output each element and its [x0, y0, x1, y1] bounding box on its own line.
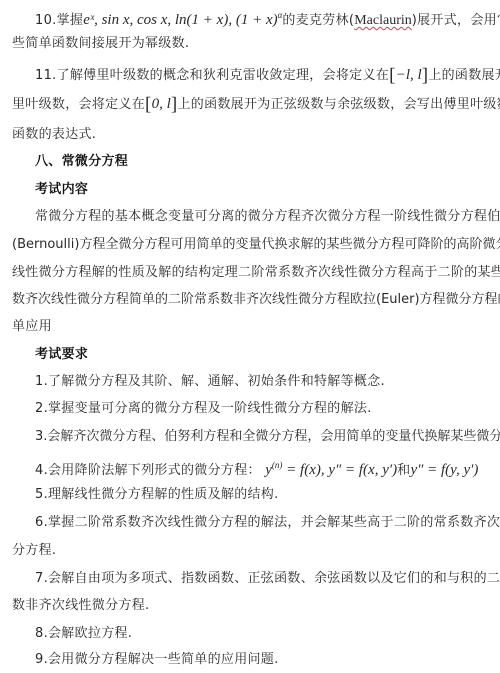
item-11-line-1: 11.了解傅里叶级数的概念和狄利克雷收敛定理，会将定义在[−l, l]上的函数展…: [35, 66, 500, 85]
requirement-8: 8.会解欧拉方程.: [35, 625, 132, 643]
conjunction: 和: [397, 463, 410, 478]
content-line-1: 常微分方程的基本概念变量可分离的微分方程齐次微分方程一阶线性微分方程伯努利: [35, 208, 500, 226]
requirement-4-prefix: 4.会用降阶法解下列形式的微分方程：: [35, 463, 261, 478]
item-10-line-2: 些简单函数间接展开为幂级数.: [12, 35, 189, 53]
math-y: y: [265, 462, 272, 478]
requirement-1: 1.了解微分方程及其阶、解、通解、初始条件和特解等概念.: [35, 373, 385, 391]
item-10-suffix: )展开式，会用它们将一: [412, 13, 500, 28]
maclaurin-spellcheck-word: Maclaurin: [354, 13, 412, 28]
item-10-mid: 的麦克劳林(: [282, 13, 354, 28]
item-11-line2-suffix: 上的函数展开为正弦级数与余弦级数，会写出傅里叶级数的和: [177, 97, 500, 112]
requirement-3: 3.会解齐次微分方程、伯努利方程和全微分方程，会用简单的变量代换解某些微分方程.: [35, 428, 500, 446]
content-line-4: 数齐次线性微分方程简单的二阶常系数非齐次线性微分方程欧拉(Euler)方程微分方…: [12, 291, 500, 309]
requirement-4: 4.会用降阶法解下列形式的微分方程： y(n) = f(x), y″ = f(x…: [35, 456, 478, 480]
interval-math: −l, l: [396, 67, 422, 83]
requirement-2: 2.掌握变量可分离的微分方程及一阶线性微分方程的解法.: [35, 400, 372, 418]
section-heading: 八、常微分方程: [35, 153, 128, 171]
math-expression: = f(x), y″ = f(x, y′): [282, 462, 397, 478]
requirement-6-line-2: 分方程.: [12, 542, 56, 560]
math-superscript: (n): [272, 460, 283, 470]
item-10-line-1: 10.掌握eˣ, sin x, cos x, ln(1 + x), (1 + x…: [35, 6, 500, 30]
requirement-7-line-2: 数非齐次线性微分方程.: [12, 597, 149, 615]
math-expression: eˣ, sin x, cos x, ln(1 + x), (1 + x): [83, 12, 277, 28]
requirement-5: 5.理解线性微分方程解的性质及解的结构.: [35, 486, 279, 504]
item-11-line2-prefix: 里叶级数，会将定义在: [12, 97, 145, 112]
requirement-7-line-1: 7.会解自由项为多项式、指数函数、正弦函数、余弦函数以及它们的和与积的二阶常系: [35, 570, 500, 588]
item-11-line-2: 里叶级数，会将定义在[0, l]上的函数展开为正弦级数与余弦级数，会写出傅里叶级…: [12, 95, 500, 114]
requirement-9: 9.会用微分方程解决一些简单的应用问题.: [35, 651, 279, 669]
math-expression: y″ = f(y, y′): [410, 462, 478, 478]
content-line-3: 线性微分方程解的性质及解的结构定理二阶常系数齐次线性微分方程高于二阶的某些常系: [12, 264, 500, 282]
item-11-prefix: 11.了解傅里叶级数的概念和狄利克雷收敛定理，会将定义在: [35, 68, 389, 83]
maclaurin-functions-math: eˣ, sin x, cos x, ln(1 + x), (1 + x)α: [83, 12, 282, 28]
reduction-order-math: y(n) = f(x), y″ = f(x, y′): [265, 462, 397, 478]
content-line-2: (Bernoulli)方程全微分方程可用简单的变量代换求解的某些微分方程可降阶的…: [12, 236, 500, 254]
content-heading: 考试内容: [35, 181, 88, 199]
content-line-5: 单应用: [12, 318, 52, 336]
bracket-open: [: [145, 94, 152, 115]
bracket-open: [: [389, 65, 396, 86]
interval-math: 0, l: [152, 96, 171, 112]
requirement-6-line-1: 6.掌握二阶常系数齐次线性微分方程的解法，并会解某些高于二阶的常系数齐次线性微: [35, 514, 500, 532]
item-10-prefix: 10.掌握: [35, 13, 83, 28]
item-11-line-3: 函数的表达式.: [12, 126, 96, 144]
item-11-suffix: 上的函数展开为傅: [428, 68, 500, 83]
requirements-heading: 考试要求: [35, 346, 88, 364]
